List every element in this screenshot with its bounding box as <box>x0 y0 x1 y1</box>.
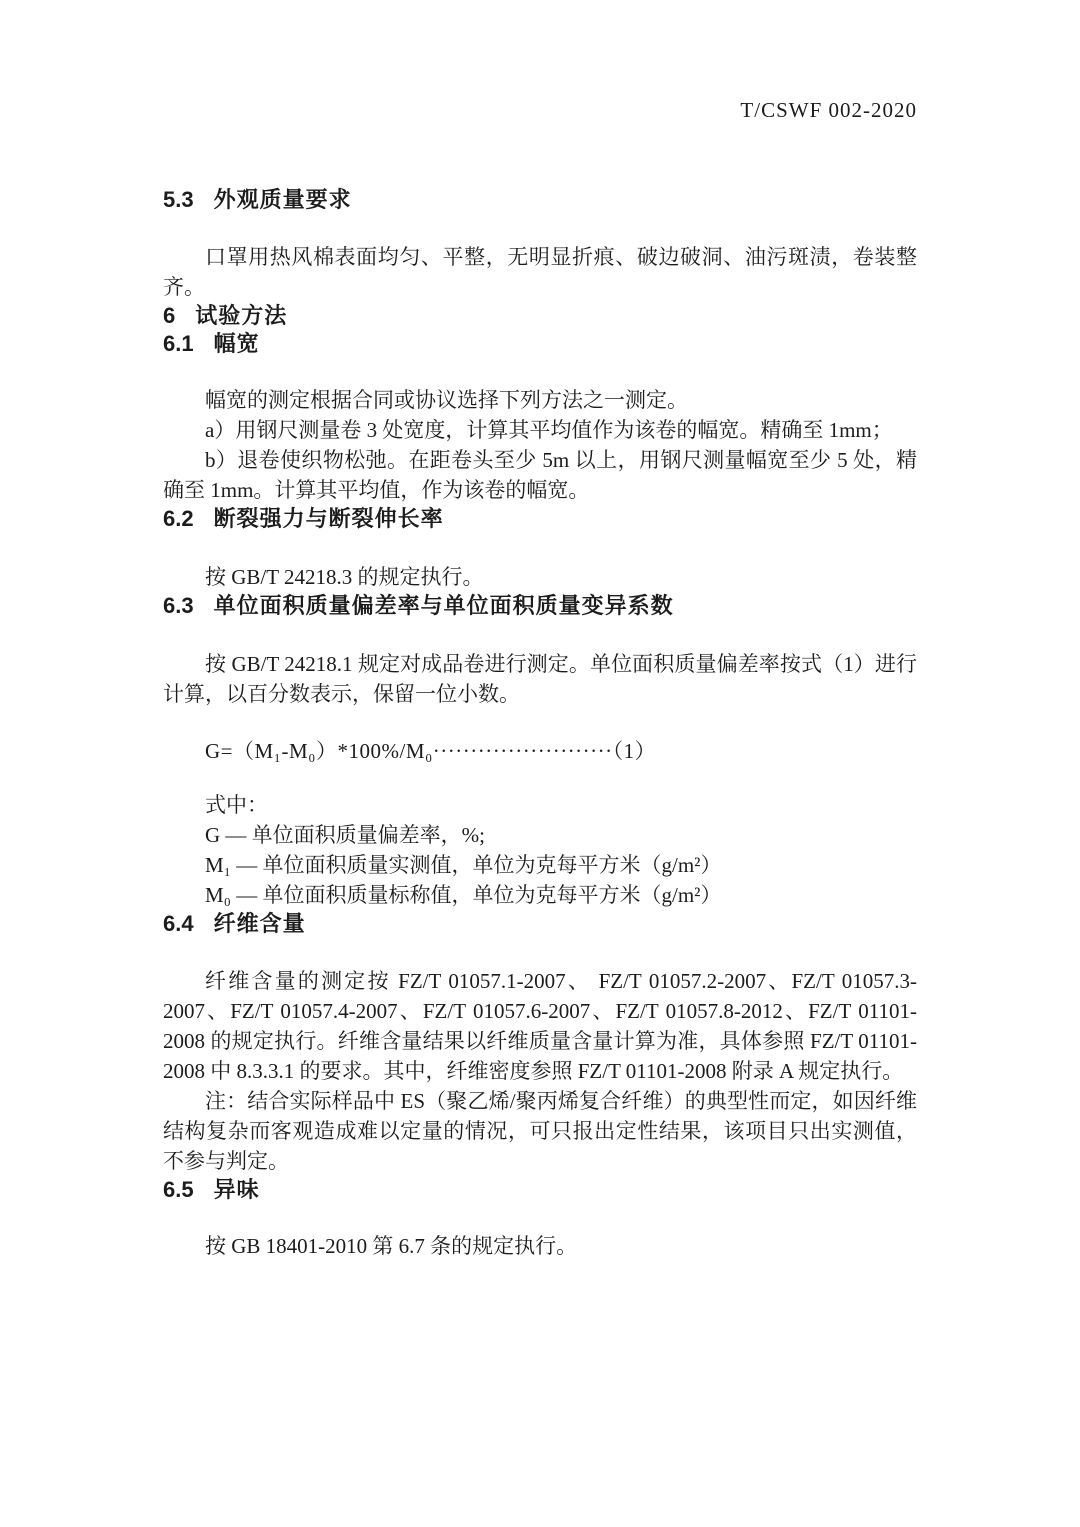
section-heading-6-3: 6.3单位面积质量偏差率与单位面积质量变异系数 <box>163 592 917 620</box>
document-number: T/CSWF 002-2020 <box>0 98 917 123</box>
section-title: 纤维含量 <box>214 911 306 936</box>
paragraph-6-4: 纤维含量的测定按 FZ/T 01057.1-2007、 FZ/T 01057.2… <box>163 966 917 1086</box>
section-heading-6: 6试验方法 <box>163 302 917 330</box>
section-title: 外观质量要求 <box>214 187 352 212</box>
paragraph-6-1-intro: 幅宽的测定根据合同或协议选择下列方法之一测定。 <box>163 385 917 415</box>
definition-g: G — 单位面积质量偏差率，%; <box>163 820 917 850</box>
section-number: 6.4 <box>163 910 194 938</box>
document-page: T/CSWF 002-2020 5.3外观质量要求 口罩用热风棉表面均匀、平整，… <box>0 0 1080 1527</box>
formula-1: G=（M₁-M₀）*100%/M₀·······················… <box>163 736 917 766</box>
section-heading-6-5: 6.5异味 <box>163 1176 917 1204</box>
paragraph-6-3: 按 GB/T 24218.1 规定对成品卷进行测定。单位面积质量偏差率按式（1）… <box>163 649 917 709</box>
definition-m1: M₁ — 单位面积质量实测值，单位为克每平方米（g/m²） <box>163 850 917 880</box>
section-number: 6.1 <box>163 330 194 358</box>
paragraph-6-2: 按 GB/T 24218.3 的规定执行。 <box>163 562 917 592</box>
list-item-a: a）用钢尺测量卷 3 处宽度，计算其平均值作为该卷的幅宽。精确至 1mm； <box>163 415 917 445</box>
section-title: 异味 <box>214 1177 260 1202</box>
section-number: 6.3 <box>163 592 194 620</box>
definition-m0: M₀ — 单位面积质量标称值，单位为克每平方米（g/m²） <box>163 880 917 910</box>
paragraph-5-3: 口罩用热风棉表面均匀、平整，无明显折痕、破边破洞、油污斑渍，卷装整齐。 <box>163 242 917 302</box>
section-title: 单位面积质量偏差率与单位面积质量变异系数 <box>214 593 674 618</box>
where-label: 式中： <box>163 790 917 820</box>
paragraph-6-5: 按 GB 18401-2010 第 6.7 条的规定执行。 <box>163 1231 917 1261</box>
section-heading-5-3: 5.3外观质量要求 <box>163 186 917 214</box>
section-title: 幅宽 <box>214 331 260 356</box>
section-heading-6-2: 6.2断裂强力与断裂伸长率 <box>163 505 917 533</box>
section-number: 5.3 <box>163 186 194 214</box>
section-number: 6.5 <box>163 1176 194 1204</box>
section-heading-6-1: 6.1幅宽 <box>163 330 917 358</box>
section-number: 6 <box>163 302 175 330</box>
section-title: 试验方法 <box>195 303 287 328</box>
section-number: 6.2 <box>163 505 194 533</box>
section-heading-6-4: 6.4纤维含量 <box>163 910 917 938</box>
document-content: 5.3外观质量要求 口罩用热风棉表面均匀、平整，无明显折痕、破边破洞、油污斑渍，… <box>163 186 917 1261</box>
section-title: 断裂强力与断裂伸长率 <box>214 506 444 531</box>
note-6-4: 注：结合实际样品中 ES（聚乙烯/聚丙烯复合纤维）的典型性而定，如因纤维结构复杂… <box>163 1086 917 1176</box>
list-item-b: b）退卷使织物松弛。在距卷头至少 5m 以上，用钢尺测量幅宽至少 5 处，精确至… <box>163 445 917 505</box>
